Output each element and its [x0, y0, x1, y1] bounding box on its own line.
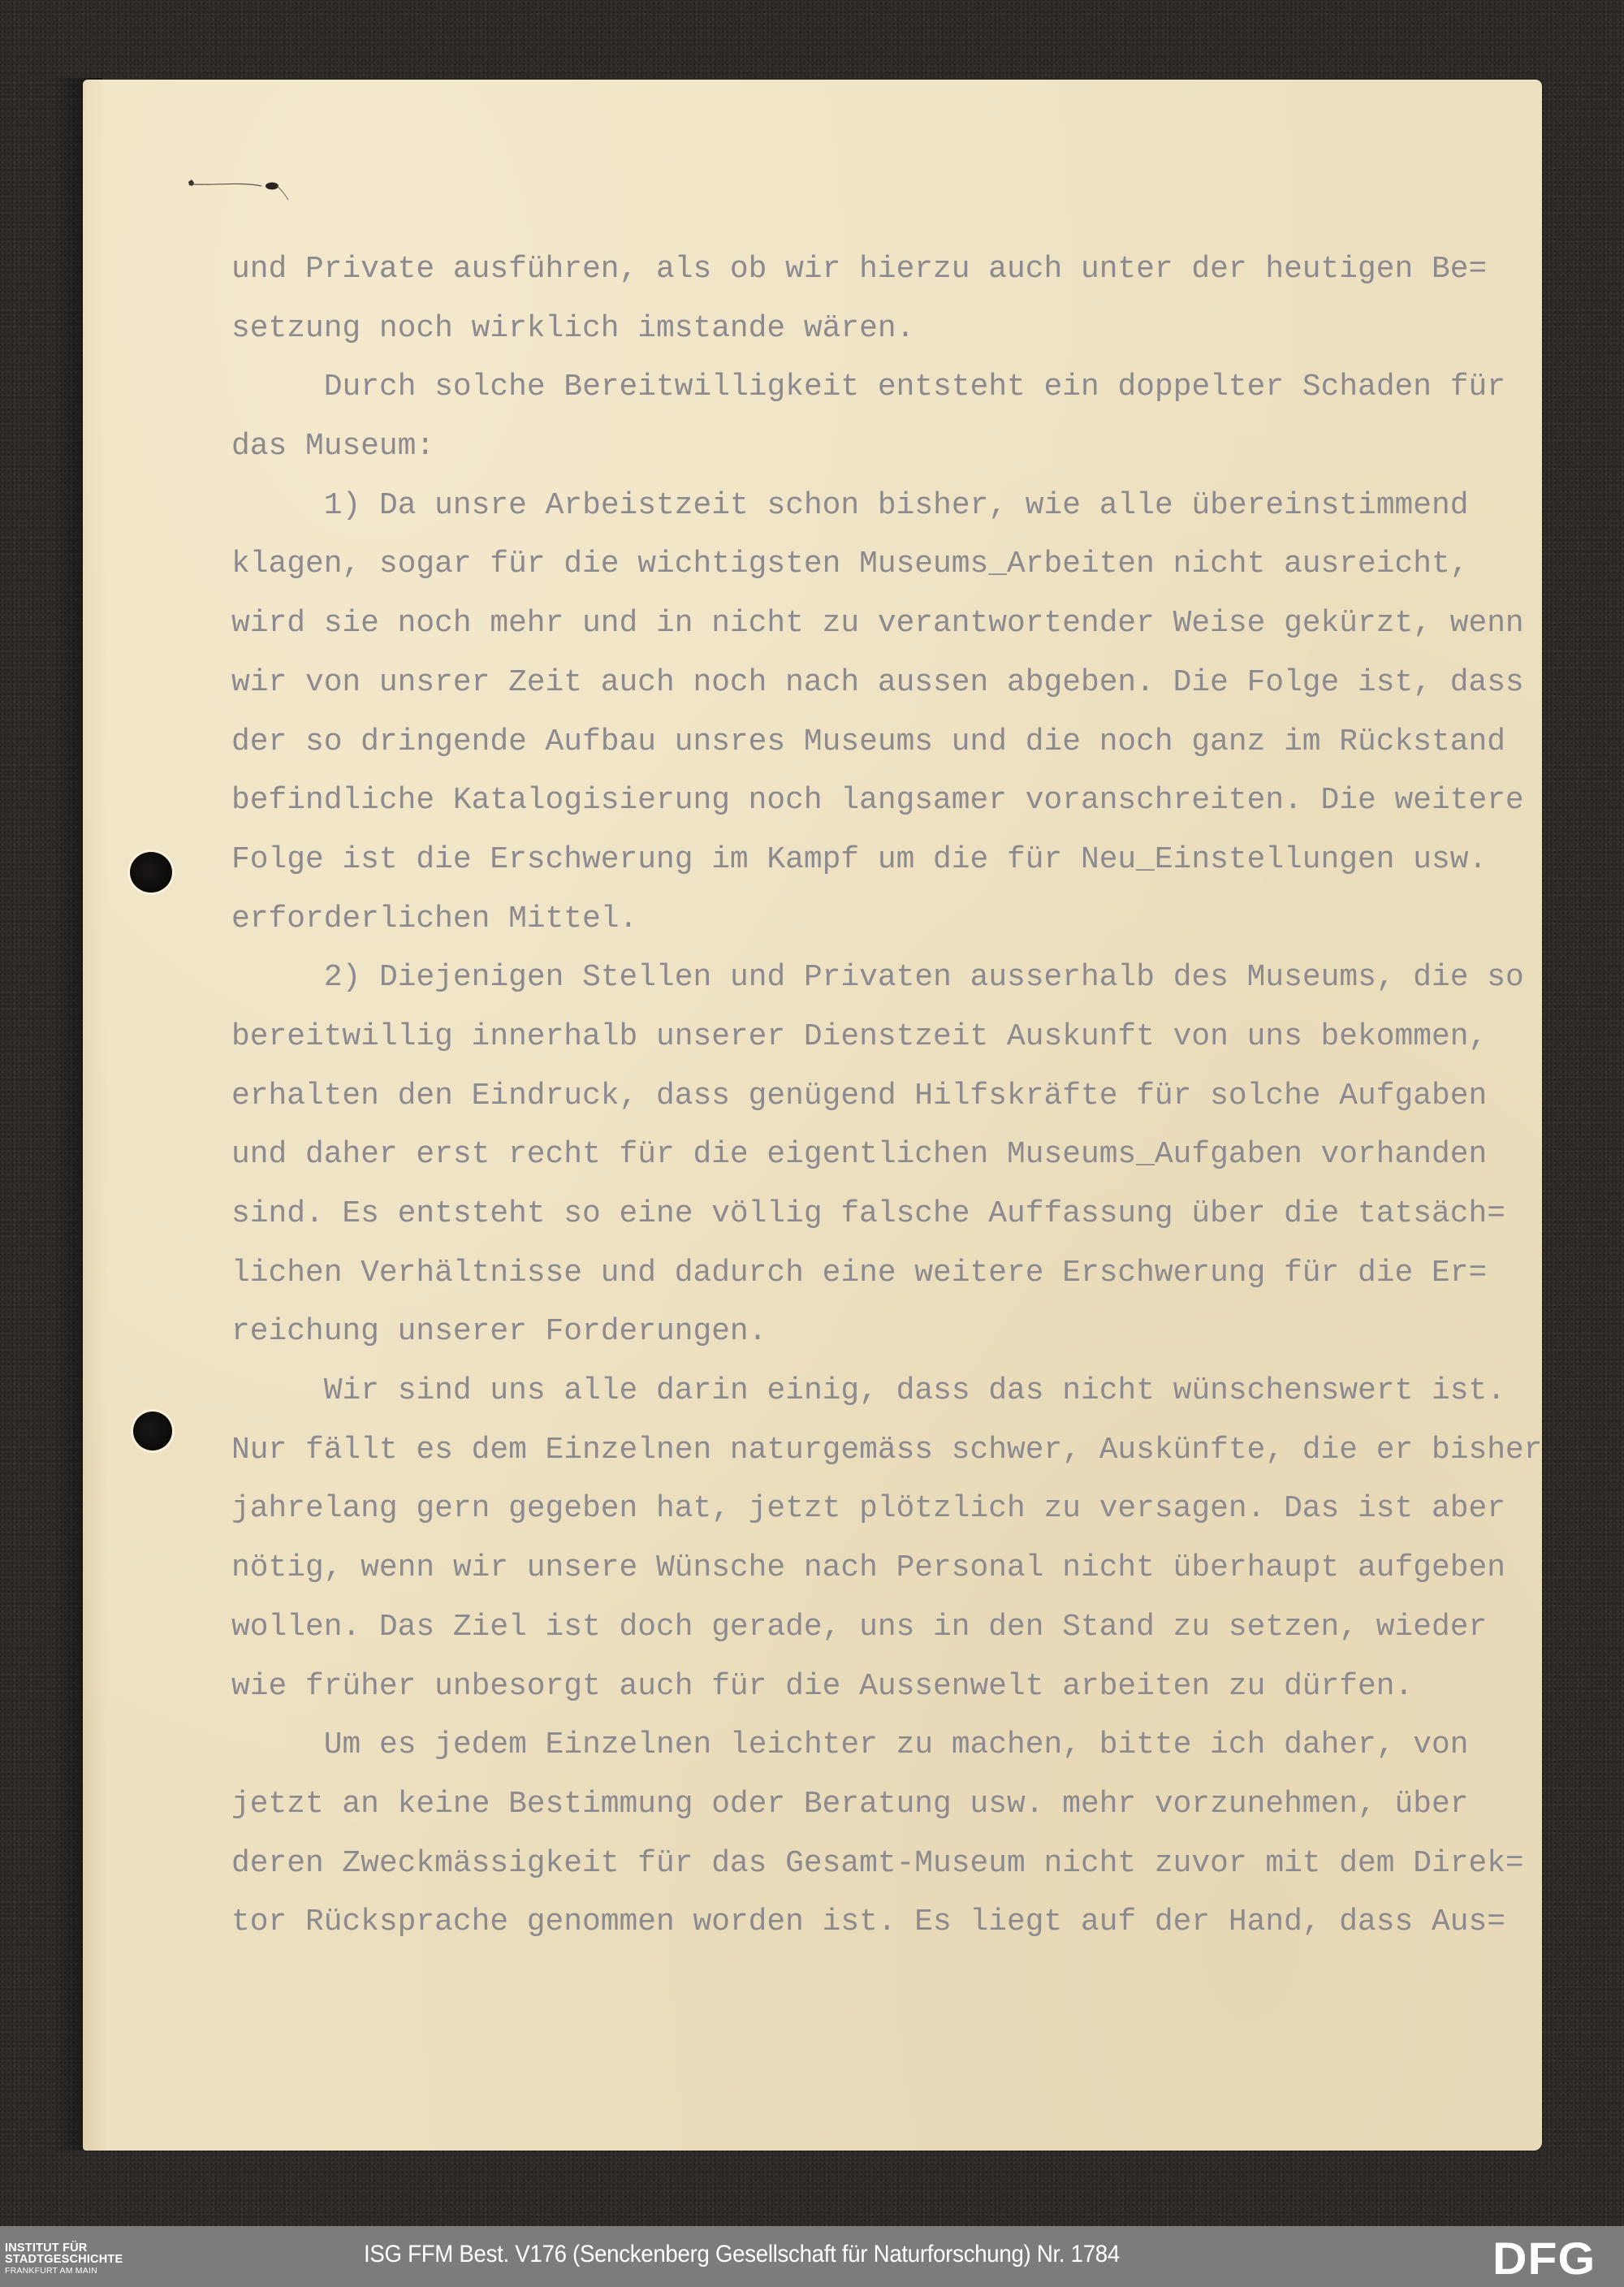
text-line: wie früher unbesorgt auch für die Aussen… — [231, 1658, 1547, 1717]
text-line: Um es jedem Einzelnen leichter zu machen… — [231, 1716, 1547, 1775]
institution-logo: INSTITUT FÜR STADTGESCHICHTE FRANKFURT A… — [5, 2242, 123, 2276]
text-line: tor Rücksprache genommen worden ist. Es … — [231, 1893, 1547, 1952]
punch-hole-upper — [130, 852, 172, 893]
archive-caption: ISG FFM Best. V176 (Senckenberg Gesellsc… — [364, 2241, 1120, 2268]
text-line: wir von unsrer Zeit auch noch nach ausse… — [231, 654, 1547, 713]
institution-name-line2: STADTGESCHICHTE — [5, 2254, 123, 2265]
text-line: wird sie noch mehr und in nicht zu veran… — [231, 594, 1547, 654]
text-line: befindliche Katalogisierung noch langsam… — [231, 772, 1547, 831]
text-line: erforderlichen Mittel. — [231, 890, 1547, 949]
text-line: nötig, wenn wir unsere Wünsche nach Pers… — [231, 1539, 1547, 1598]
text-line: jetzt an keine Bestimmung oder Beratung … — [231, 1775, 1547, 1835]
typewritten-text: und Private ausführen, als ob wir hierzu… — [231, 240, 1547, 1952]
dfg-logo: DFG — [1492, 2237, 1596, 2280]
text-line: setzung noch wirklich imstande wären. — [231, 300, 1547, 359]
text-line: jahrelang gern gegeben hat, jetzt plötzl… — [231, 1480, 1547, 1539]
pencil-mark-icon — [184, 171, 290, 203]
text-line: lichen Verhältnisse und dadurch eine wei… — [231, 1244, 1547, 1303]
institution-city: FRANKFURT AM MAIN — [5, 2265, 123, 2276]
text-line: das Museum: — [231, 417, 1547, 477]
institution-name-line1: INSTITUT FÜR — [5, 2242, 123, 2254]
text-line: deren Zweckmässigkeit für das Gesamt-Mus… — [231, 1835, 1547, 1894]
text-line: wollen. Das Ziel ist doch gerade, uns in… — [231, 1598, 1547, 1658]
text-line: erhalten den Eindruck, dass genügend Hil… — [231, 1067, 1547, 1126]
text-line: Wir sind uns alle darin einig, dass das … — [231, 1362, 1547, 1421]
text-line: und daher erst recht für die eigentliche… — [231, 1126, 1547, 1185]
text-line: Durch solche Bereitwilligkeit entsteht e… — [231, 358, 1547, 417]
text-line: bereitwillig innerhalb unserer Dienstzei… — [231, 1008, 1547, 1067]
punch-hole-lower — [133, 1412, 172, 1450]
text-line: reichung unserer Forderungen. — [231, 1303, 1547, 1362]
text-line: Nur fällt es dem Einzelnen naturgemäss s… — [231, 1421, 1547, 1481]
text-line: 1) Da unsre Arbeistzeit schon bisher, wi… — [231, 477, 1547, 536]
text-line: der so dringende Aufbau unsres Museums u… — [231, 713, 1547, 772]
text-line: 2) Diejenigen Stellen und Privaten ausse… — [231, 949, 1547, 1008]
text-line: Folge ist die Erschwerung im Kampf um di… — [231, 831, 1547, 890]
text-line: klagen, sogar für die wichtigsten Museum… — [231, 535, 1547, 594]
text-line: sind. Es entsteht so eine völlig falsche… — [231, 1185, 1547, 1244]
footer-bar: INSTITUT FÜR STADTGESCHICHTE FRANKFURT A… — [0, 2226, 1624, 2287]
text-line: und Private ausführen, als ob wir hierzu… — [231, 240, 1547, 300]
